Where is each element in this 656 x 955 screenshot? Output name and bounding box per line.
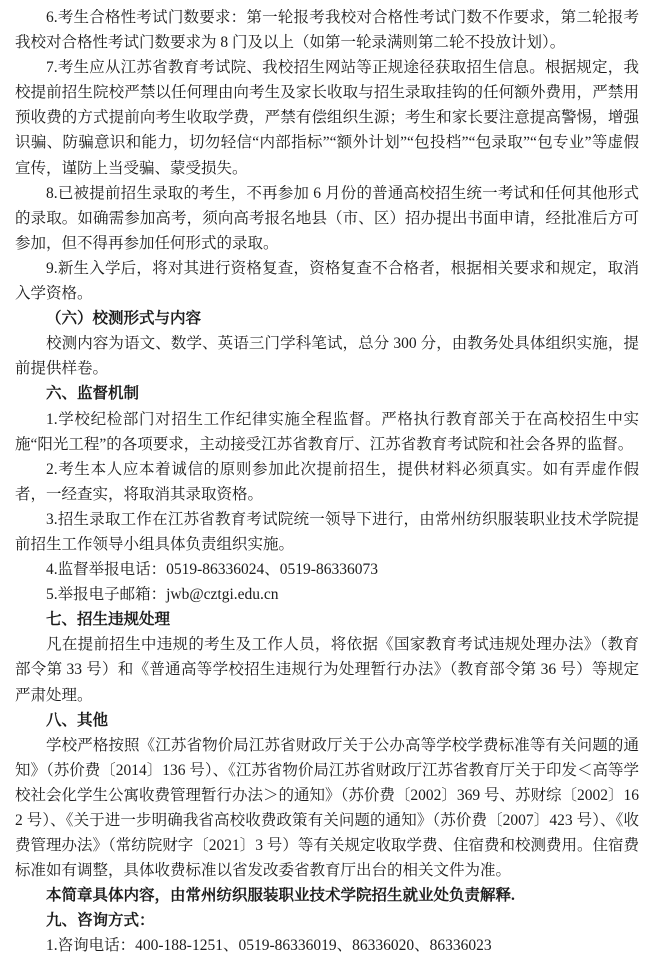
paragraph-test-content: 校测内容为语文、数学、英语三门学科笔试，总分 300 分，由教务处具体组织实施，… [15,331,639,381]
paragraph-item7-official-info: 7.考生应从江苏省教育考试院、我校招生网站等正规途径获取招生信息。根据规定，我校… [15,55,639,180]
paragraph-item9-recheck: 9.新生入学后，将对其进行资格复查，资格复查不合格者，根据相关要求和规定，取消入… [15,256,639,306]
paragraph-interpretation-statement: 本简章具体内容，由常州纺织服装职业技术学院招生就业处负责解释. [15,883,639,908]
section-heading-violation-handling: 七、招生违规处理 [15,607,639,632]
paragraph-supervision-2: 2.考生本人应本着诚信的原则参加此次提前招生，提供材料必须真实。如有弄虚作假者，… [15,457,639,507]
paragraph-consultation-phone: 1.咨询电话：400-188-1251、0519-86336019、863360… [15,933,639,955]
paragraph-supervision-1: 1.学校纪检部门对招生工作纪律实施全程监督。严格执行教育部关于在高校招生中实施“… [15,407,639,457]
paragraph-fee-regulations: 学校严格按照《江苏省物价局江苏省财政厅关于公办高等学校学费标准等有关问题的通知》… [15,733,639,884]
paragraph-violation-rules: 凡在提前招生中违规的考生及工作人员，将依据《国家教育考试违规处理办法》（教育部令… [15,632,639,707]
section-heading-consultation: 九、咨询方式： [15,908,639,933]
paragraph-item6-exam-count: 6.考生合格性考试门数要求：第一轮报考我校对合格性考试门数不作要求，第二轮报考我… [15,5,639,55]
paragraph-report-phone: 4.监督举报电话：0519-86336024、0519-86336073 [15,557,639,582]
section-heading-supervision: 六、监督机制 [15,381,639,406]
section-heading-6-test-format: （六）校测形式与内容 [15,306,639,331]
document-page: 6.考生合格性考试门数要求：第一轮报考我校对合格性考试门数不作要求，第二轮报考我… [0,0,656,955]
paragraph-report-email: 5.举报电子邮箱：jwb@cztgi.edu.cn [15,582,639,607]
paragraph-supervision-3: 3.招生录取工作在江苏省教育考试院统一领导下进行，由常州纺织服装职业技术学院提前… [15,507,639,557]
section-heading-others: 八、其他 [15,708,639,733]
paragraph-item8-admitted-rule: 8.已被提前招生录取的考生，不再参加 6 月份的普通高校招生统一考试和任何其他形… [15,181,639,256]
